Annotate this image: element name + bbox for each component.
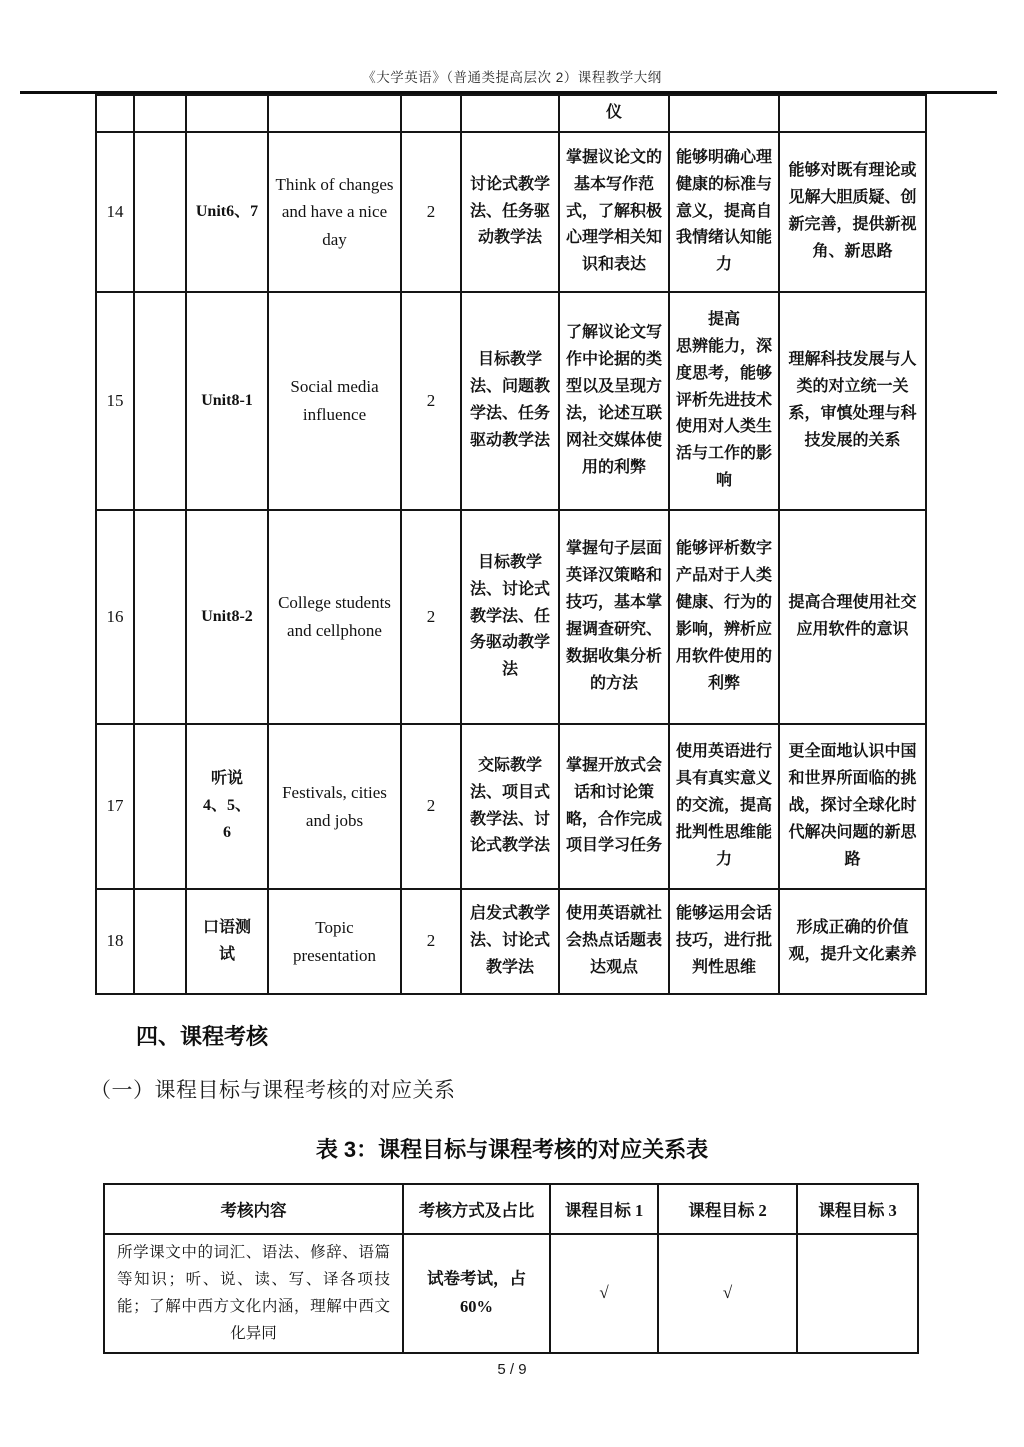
cell-hours: 2 xyxy=(401,889,461,994)
cell-methods: 交际教学法、项目式教学法、讨论式教学法 xyxy=(461,724,559,889)
cell-assessment-content: 所学课文中的词汇、语法、修辞、语篇等知识；听、说、读、写、译各项技能；了解中西方… xyxy=(104,1234,403,1353)
cell-row-no: 18 xyxy=(96,889,134,994)
section-heading-course-assessment: 四、课程考核 xyxy=(136,1020,1024,1051)
cell-unit: Unit6、7 xyxy=(186,132,268,292)
cell-hours: 2 xyxy=(401,132,461,292)
assessment-mapping-table: 考核内容 考核方式及占比 课程目标 1 课程目标 2 课程目标 3 所学课文中的… xyxy=(103,1183,919,1354)
cell-topic xyxy=(268,95,401,132)
cell-methods: 讨论式教学法、任务驱动教学法 xyxy=(461,132,559,292)
table-row-week14: 14 Unit6、7 Think of changes and have a n… xyxy=(96,132,926,292)
cell-value-objective xyxy=(779,95,926,132)
cell-topic: Think of changes and have a nice day xyxy=(268,132,401,292)
cell-hours: 2 xyxy=(401,510,461,724)
cell-row-no: 15 xyxy=(96,292,134,510)
cell-module xyxy=(134,889,186,994)
page-header-title: 《大学英语》（普通类提高层次 2）课程教学大纲 xyxy=(0,0,1024,86)
assessment-header-content: 考核内容 xyxy=(104,1184,403,1234)
cell-goal2-mark: √ xyxy=(658,1234,797,1353)
cell-methods xyxy=(461,95,559,132)
cell-unit: Unit8-1 xyxy=(186,292,268,510)
cell-knowledge-objective: 了解议论文写作中论据的类型以及呈现方法，论述互联网社交媒体使用的利弊 xyxy=(559,292,669,510)
table-row-week16: 16 Unit8-2 College students and cellphon… xyxy=(96,510,926,724)
assessment-header-goal1: 课程目标 1 xyxy=(550,1184,658,1234)
cell-row-no: 17 xyxy=(96,724,134,889)
cell-ability-objective xyxy=(669,95,779,132)
page-number: 5 / 9 xyxy=(0,1361,1024,1378)
cell-module xyxy=(134,724,186,889)
cell-module xyxy=(134,292,186,510)
cell-row-no: 14 xyxy=(96,132,134,292)
cell-topic: College students and cellphone xyxy=(268,510,401,724)
table-row-week18: 18 口语测 试 Topic presentation 2 启发式教学法、讨论式… xyxy=(96,889,926,994)
cell-value-objective: 理解科技发展与人类的对立统一关系，审慎处理与科技发展的关系 xyxy=(779,292,926,510)
teaching-schedule-table: 仪 14 Unit6、7 Think of changes and have a… xyxy=(95,94,927,995)
document-page: 《大学英语》（普通类提高层次 2）课程教学大纲 仪 14 U xyxy=(0,0,1024,1447)
cell-unit: 口语测 试 xyxy=(186,889,268,994)
cell-value-objective: 更全面地认识中国和世界所面临的挑战，探讨全球化时代解决问题的新思路 xyxy=(779,724,926,889)
cell-ability-objective: 提高 思辨能力，深度思考，能够评析先进技术使用对人类生活与工作的影响 xyxy=(669,292,779,510)
cell-assessment-method: 试卷考试，占 60% xyxy=(403,1234,550,1353)
cell-ability-objective: 能够运用会话技巧，进行批判性思维 xyxy=(669,889,779,994)
cell-unit: 听说 4、5、 6 xyxy=(186,724,268,889)
cell-knowledge-objective: 仪 xyxy=(559,95,669,132)
assessment-header-method: 考核方式及占比 xyxy=(403,1184,550,1234)
cell-ability-objective: 使用英语进行具有真实意义的交流，提高批判性思维能力 xyxy=(669,724,779,889)
cell-goal1-mark: √ xyxy=(550,1234,658,1353)
cell-knowledge-objective: 掌握议论文的基本写作范式，了解积极心理学相关知识和表达 xyxy=(559,132,669,292)
cell-module xyxy=(134,132,186,292)
cell-hours: 2 xyxy=(401,292,461,510)
cell-knowledge-objective: 掌握句子层面英译汉策略和技巧，基本掌握调查研究、数据收集分析的方法 xyxy=(559,510,669,724)
cell-topic: Festivals, cities and jobs xyxy=(268,724,401,889)
cell-value-objective: 能够对既有理论或见解大胆质疑、创新完善，提供新视角、新思路 xyxy=(779,132,926,292)
cell-row-no xyxy=(96,95,134,132)
assessment-header-goal2: 课程目标 2 xyxy=(658,1184,797,1234)
cell-methods: 启发式教学法、讨论式教学法 xyxy=(461,889,559,994)
cell-module xyxy=(134,510,186,724)
cell-topic: Social media influence xyxy=(268,292,401,510)
cell-row-no: 16 xyxy=(96,510,134,724)
cell-unit xyxy=(186,95,268,132)
cell-goal3-mark xyxy=(797,1234,918,1353)
assessment-header-goal3: 课程目标 3 xyxy=(797,1184,918,1234)
table-row-carryover: 仪 xyxy=(96,95,926,132)
cell-value-objective: 形成正确的价值观，提升文化素养 xyxy=(779,889,926,994)
assessment-data-row: 所学课文中的词汇、语法、修辞、语篇等知识；听、说、读、写、译各项技能；了解中西方… xyxy=(104,1234,918,1353)
cell-ability-objective: 能够明确心理健康的标准与意义，提高自我情绪认知能力 xyxy=(669,132,779,292)
table-row-week15: 15 Unit8-1 Social media influence 2 目标教学… xyxy=(96,292,926,510)
cell-methods: 目标教学法、讨论式教学法、任务驱动教学法 xyxy=(461,510,559,724)
cell-module xyxy=(134,95,186,132)
table3-caption: 表 3：课程目标与课程考核的对应关系表 xyxy=(0,1133,1024,1164)
cell-ability-objective: 能够评析数字产品对于人类健康、行为的影响，辨析应用软件使用的利弊 xyxy=(669,510,779,724)
cell-methods: 目标教学法、问题教学法、任务驱动教学法 xyxy=(461,292,559,510)
cell-knowledge-objective: 使用英语就社会热点话题表达观点 xyxy=(559,889,669,994)
subsection-heading-objective-assessment-mapping: （一）课程目标与课程考核的对应关系 xyxy=(90,1074,1024,1104)
cell-hours: 2 xyxy=(401,724,461,889)
cell-knowledge-objective: 掌握开放式会话和讨论策略，合作完成项目学习任务 xyxy=(559,724,669,889)
cell-unit: Unit8-2 xyxy=(186,510,268,724)
table-row-week17: 17 听说 4、5、 6 Festivals, cities and jobs … xyxy=(96,724,926,889)
assessment-header-row: 考核内容 考核方式及占比 课程目标 1 课程目标 2 课程目标 3 xyxy=(104,1184,918,1234)
cell-topic: Topic presentation xyxy=(268,889,401,994)
cell-hours xyxy=(401,95,461,132)
cell-value-objective: 提高合理使用社交应用软件的意识 xyxy=(779,510,926,724)
